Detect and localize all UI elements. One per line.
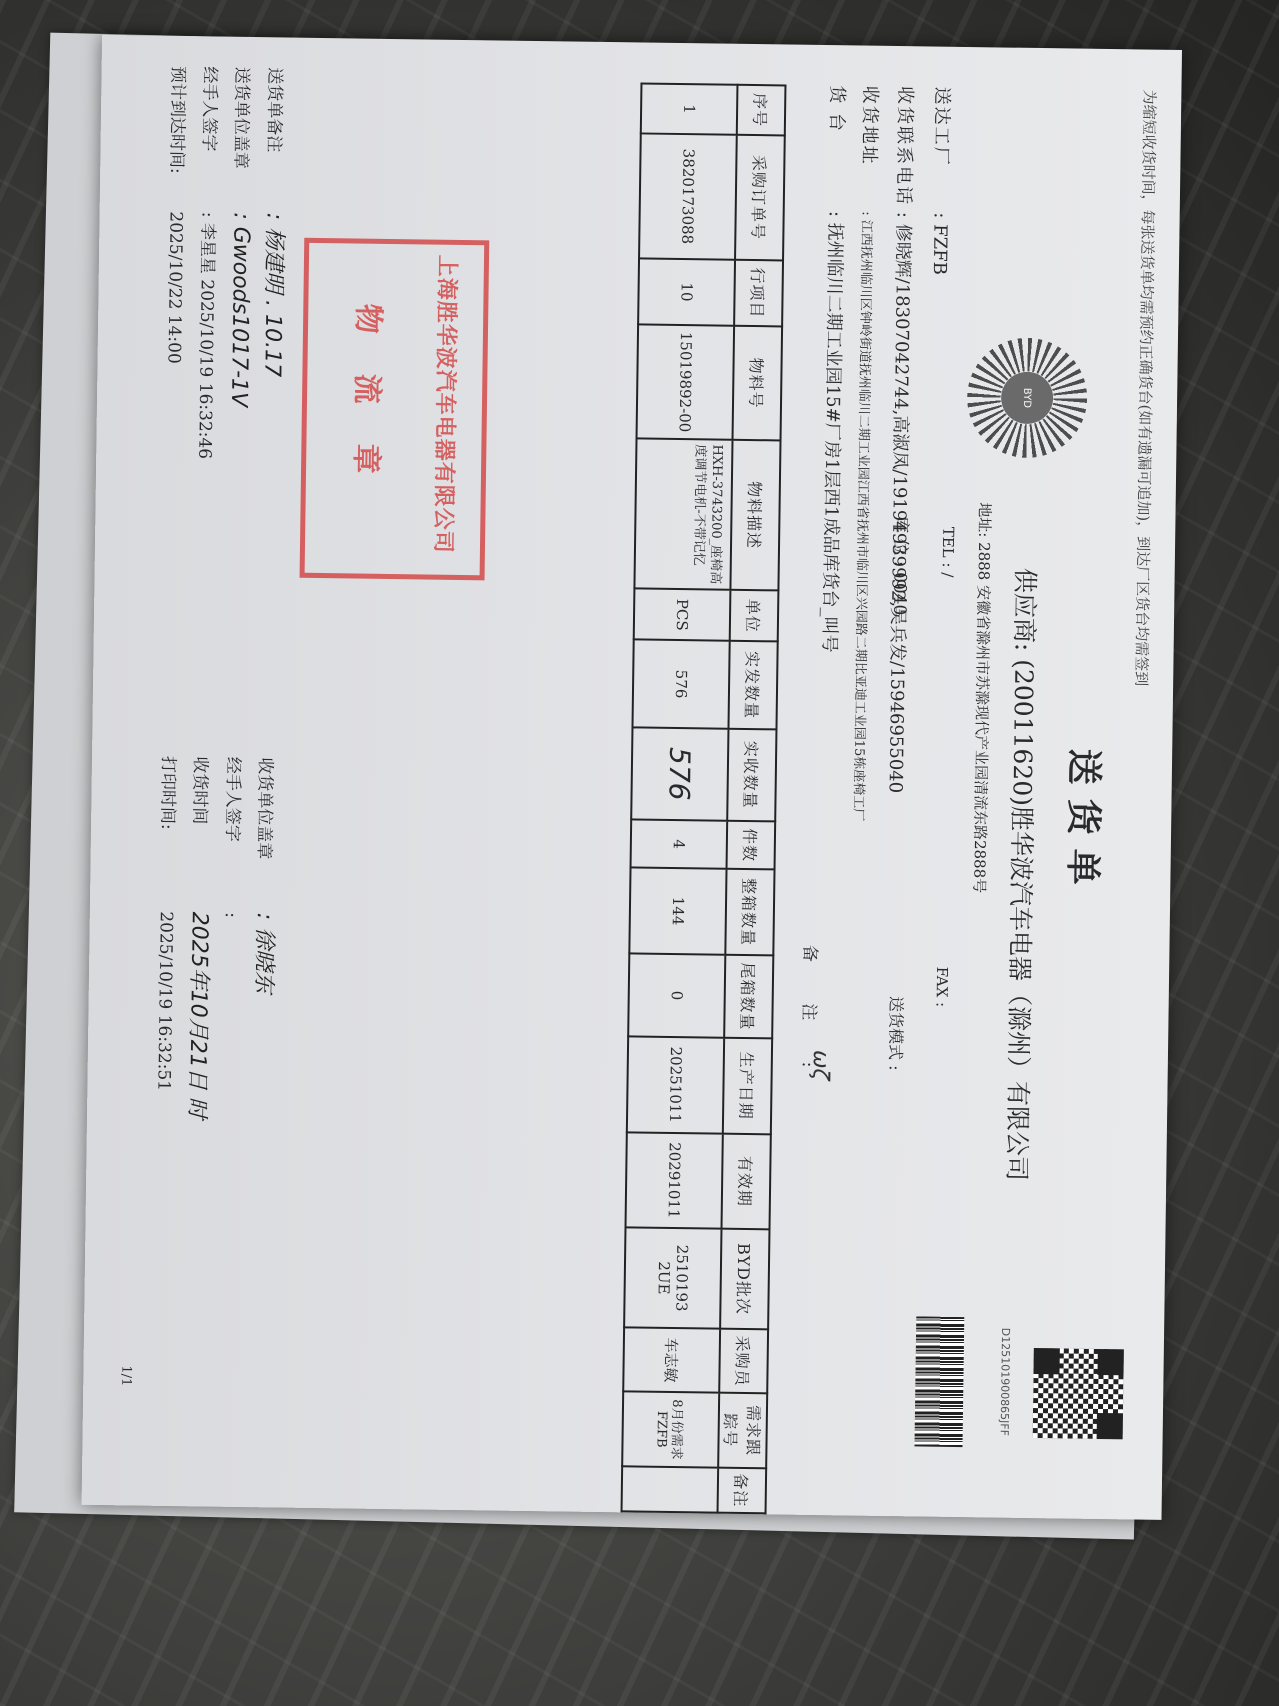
cell-tail-box: 0 <box>628 953 725 1037</box>
col-remark: 备注 <box>718 1467 767 1513</box>
print-time-value: 2025/10/19 16:32:51 <box>153 911 176 1091</box>
sender-remark-label: 送货单备注 <box>257 67 291 207</box>
print-time-label: 打印时间: <box>150 756 184 906</box>
col-expiry: 有效期 <box>721 1133 770 1229</box>
cell-batch: 2510193​2UE <box>624 1227 721 1328</box>
supplier-tel: TEL : / <box>939 527 958 578</box>
dock-label: 货 台 <box>824 85 852 205</box>
delivery-mode-row: 送货模式 : <box>885 996 909 1071</box>
cell-full-box: 144 <box>629 868 726 955</box>
sender-handler-value: : 李星星 2025/10/19 16:32:46 <box>194 212 217 460</box>
receive-address-label: 收货地址 <box>857 85 885 205</box>
receive-time-value: 2025年10月21日 时 <box>184 912 212 1119</box>
receive-time-row: 收货时间 2025年10月21日 时 <box>179 756 217 1119</box>
receiver-signoff: 收货单位盖章 : 徐晓东 经手人签字 : 收货时间 2025年10月21日 时 … <box>147 756 282 1120</box>
col-production-date: 生产日期 <box>723 1038 772 1134</box>
eta-value: 2025/10/22 14:00 <box>164 211 186 364</box>
col-line: 行项目 <box>734 260 783 327</box>
tel-value: / <box>939 572 957 577</box>
cell-shipped: 576 <box>632 640 729 728</box>
sender-remark-value: : 杨建明 . 10.17 <box>259 213 286 378</box>
stamp-type: 物流章 <box>346 303 393 514</box>
mode-label: 送货模式 <box>886 996 906 1060</box>
red-company-stamp: 上海胜华波汽车电器有限公司 物流章 <box>300 238 490 581</box>
receiver-seal-label: 收货单位盖章 <box>247 757 281 907</box>
supplier-address: 地址: 2888 安徽省滁州市苏滁现代产业园清流东路2888号 <box>969 502 995 893</box>
col-batch: BYD批次 <box>720 1229 769 1330</box>
receiver-seal-value: : 徐晓东 <box>251 913 277 994</box>
receive-address-value: : 江西抚州临川区钟岭街道抚州临川二期工业园江西省抚州市临川区兴园路二期比亚迪工… <box>850 211 874 821</box>
delivery-note: 为缩短收货时间，每张送货单均需预约正确货台(如有遗漏可追加)，到达厂区货台均需签… <box>82 35 1182 1520</box>
stamp-company: 上海胜华波汽车电器有限公司 <box>429 255 464 554</box>
receive-time-label: 收货时间 <box>182 756 216 906</box>
receiver-handler-row: 经手人签字 : <box>212 757 249 1120</box>
cell-tracking: 8月份需求 FZFB <box>622 1391 719 1467</box>
col-buyer: 采购员 <box>719 1329 768 1394</box>
sender-handler-label: 经手人签字 <box>192 66 226 206</box>
fax-label: FAX : <box>933 967 952 1008</box>
receiver-handler-label: 经手人签字 <box>215 757 249 907</box>
col-description: 物料描述 <box>730 440 780 591</box>
col-tail-box: 尾箱数量 <box>724 955 773 1039</box>
col-material-no: 物料号 <box>733 326 783 441</box>
col-tracking: 需求跟踪号 <box>718 1393 767 1468</box>
factory-value: : FZFB <box>929 212 951 275</box>
sender-remark-row: 送货单备注 : 杨建明 . 10.17 <box>253 67 291 460</box>
cell-remark <box>622 1466 719 1513</box>
factory-row: 送达工厂 : FZFB <box>928 86 957 275</box>
cell-pieces: 4 <box>631 819 728 869</box>
address-label: 地址: <box>975 502 993 537</box>
cell-description: HXH-3743200_座椅高度调节电机-不带记忆 <box>634 438 732 589</box>
cell-unit: PCS <box>634 588 731 641</box>
receive-address-row: 收货地址 : 江西抚州临川区钟岭街道抚州临川二期工业园江西省抚州市临川区兴园路二… <box>848 85 884 821</box>
sender-seal-row: 送货单位盖章 : Gwoods1017-1V <box>220 67 258 460</box>
document-qr-code-icon <box>1033 1348 1124 1439</box>
document-title: 送货单 <box>1059 748 1112 899</box>
receiver-handler-value: : <box>221 912 241 918</box>
supplier-fax: FAX : <box>933 967 952 1008</box>
barcode-number: D125101900865JFF <box>998 1328 1013 1437</box>
contact-value: : 修晓辉/18307042744,高淑凤/19194939992,吴兵发/15… <box>885 212 914 794</box>
notice-text: 为缩短收货时间，每张送货单均需预约正确货台(如有遗漏可追加)，到达厂区货台均需签… <box>1124 89 1159 1189</box>
cell-po: 3820173088 <box>639 133 737 259</box>
col-shipped: 实发数量 <box>728 641 777 729</box>
col-unit: 单位 <box>730 590 779 642</box>
col-received: 实收数量 <box>727 728 776 821</box>
col-full-box: 整箱数量 <box>725 869 774 955</box>
supplier-name: (20011620)胜华波汽车电器（滁州）有限公司 <box>1002 659 1038 1181</box>
mode-value: : <box>886 1065 905 1071</box>
mini-program-qr-icon: BYD <box>966 337 1088 459</box>
receiver-seal-row: 收货单位盖章 : 徐晓东 <box>244 757 282 1120</box>
sender-handler-row: 经手人签字 : 李星星 2025/10/19 16:32:46 <box>188 66 225 459</box>
col-po: 采购订单号 <box>735 135 785 261</box>
factory-label: 送达工厂 <box>929 86 957 206</box>
remark-handwriting: ωζ <box>808 1050 833 1081</box>
cell-received-handwritten: 576 <box>631 727 728 821</box>
supplier-line: 供应商: (20011620)胜华波汽车电器（滁州）有限公司 <box>1000 568 1045 1182</box>
tel-label: TEL : <box>939 527 958 568</box>
cell-seq: 1 <box>641 83 738 134</box>
address-value: 2888 安徽省滁州市苏滁现代产业园清流东路2888号 <box>970 542 993 893</box>
byd-logo-icon: BYD <box>1001 372 1054 425</box>
col-seq: 序号 <box>737 85 786 136</box>
contact-row: 收货联系电话 : 修晓辉/18307042744,高淑凤/19194939992… <box>884 86 920 793</box>
supplier-label: 供应商: <box>1010 568 1040 652</box>
eta-label: 预计到达时间: <box>160 66 194 206</box>
cell-buyer: 车志敏 <box>623 1327 720 1392</box>
cell-line: 10 <box>638 258 735 326</box>
sender-seal-label: 送货单位盖章 <box>224 67 258 207</box>
dock-value: : 抚州临川二期工业园15#厂房1层西1成品库货台_叫号 <box>819 211 846 653</box>
items-table: 序号 采购订单号 行项目 物料号 物料描述 单位 实发数量 实收数量 件数 整箱… <box>621 82 787 1514</box>
sender-signoff: 送货单备注 : 杨建明 . 10.17 送货单位盖章 : Gwoods1017-… <box>156 66 291 460</box>
table-row: 1 3820173088 10 15019892-00 HXH-3743200_… <box>622 83 738 1512</box>
print-time-row: 打印时间: 2025/10/19 16:32:51 <box>147 756 184 1119</box>
cell-material-no: 15019892-00 <box>637 324 735 439</box>
dock-row: 货 台 : 抚州临川二期工业园15#厂房1层西1成品库货台_叫号 <box>818 85 852 653</box>
page-number: 1/1 <box>118 1365 133 1386</box>
sender-seal-value: : Gwoods1017-1V <box>226 212 254 407</box>
cell-expiry: 20291011 <box>626 1132 723 1229</box>
contact-label: 收货联系电话 <box>892 86 920 206</box>
cell-production-date: 20251011 <box>627 1036 724 1133</box>
col-pieces: 件数 <box>727 821 776 870</box>
barcode-icon <box>914 1316 964 1447</box>
